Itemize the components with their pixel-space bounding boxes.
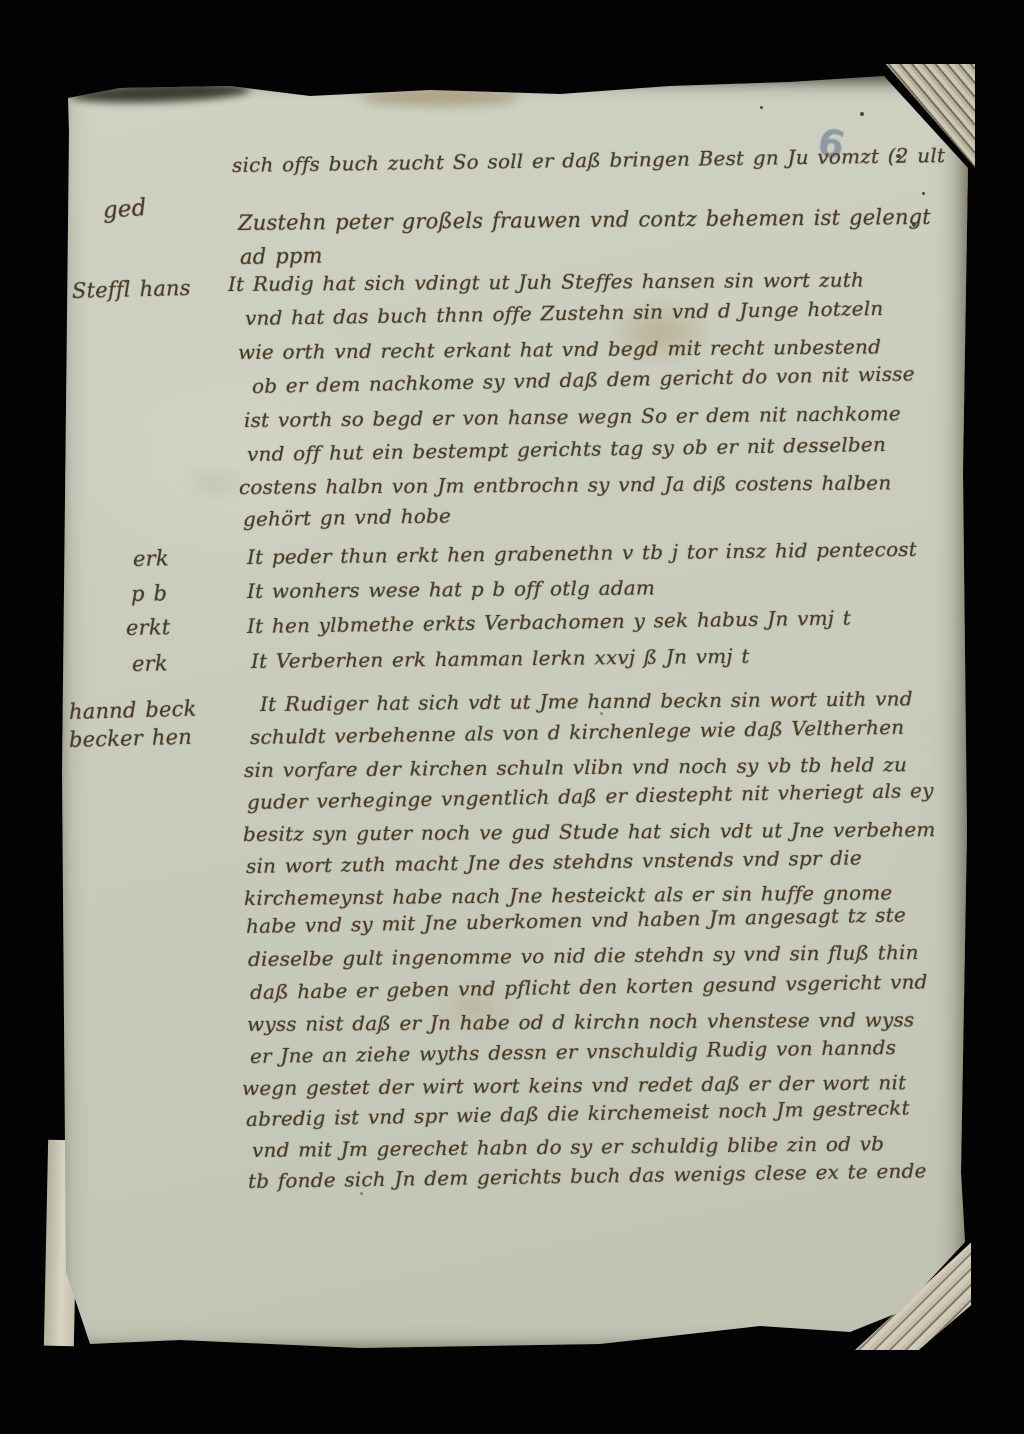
manuscript-line: ist vorth so begd er von hanse wegn So e… [244, 403, 901, 430]
scanned-manuscript-photo: { "page": { "folio_number": "6", "backgr… [0, 0, 1024, 1434]
fly-speck [922, 192, 925, 195]
top-left-edge-shadow [70, 81, 251, 105]
margin-note: p b [131, 583, 168, 605]
margin-note: becker hen [69, 727, 192, 751]
manuscript-line: besitz syn guter noch ve gud Stude hat s… [243, 819, 936, 844]
manuscript-line: It Rudig hat sich vdingt ut Juh Steffes … [228, 270, 864, 294]
margin-note: ged [102, 197, 147, 223]
top-edge-stain [360, 90, 520, 106]
margin-note: Steffl hans [72, 278, 191, 302]
manuscript-line: vnd mit Jm gerechet habn do sy er schuld… [252, 1133, 884, 1160]
manuscript-line: gehört gn vnd hobe [243, 505, 451, 529]
margin-note: erk [132, 653, 168, 675]
margin-note: erk [133, 548, 169, 570]
manuscript-line: It Rudiger hat sich vdt ut Jme hannd bec… [260, 688, 913, 714]
manuscript-line: wegn gestet der wirt wort keins vnd rede… [242, 1072, 906, 1098]
manuscript-line: ad ppm [240, 246, 323, 268]
manuscript-line: wyss nist daß er Jn habe od d kirchn noc… [247, 1009, 915, 1034]
manuscript-line: It wonhers wese hat p b off otlg adam [247, 577, 655, 601]
fly-speck [360, 1192, 363, 1195]
manuscript-line: costens halbn von Jm entbrochn sy vnd Ja… [239, 472, 892, 497]
manuscript-line: dieselbe gult ingenomme vo nid die stehd… [248, 942, 919, 969]
fly-speck [760, 106, 763, 109]
manuscript-line: sin vorfare der kirchen schuln vlibn vnd… [244, 754, 907, 780]
margin-note: erkt [126, 617, 171, 639]
margin-note: hannd beck [69, 699, 197, 723]
manuscript-line: wie orth vnd recht erkant hat vnd begd m… [238, 336, 881, 362]
manuscript-line: It Verberhen erk hamman lerkn xxvj ß Jn … [251, 646, 750, 671]
fly-speck [860, 112, 864, 116]
